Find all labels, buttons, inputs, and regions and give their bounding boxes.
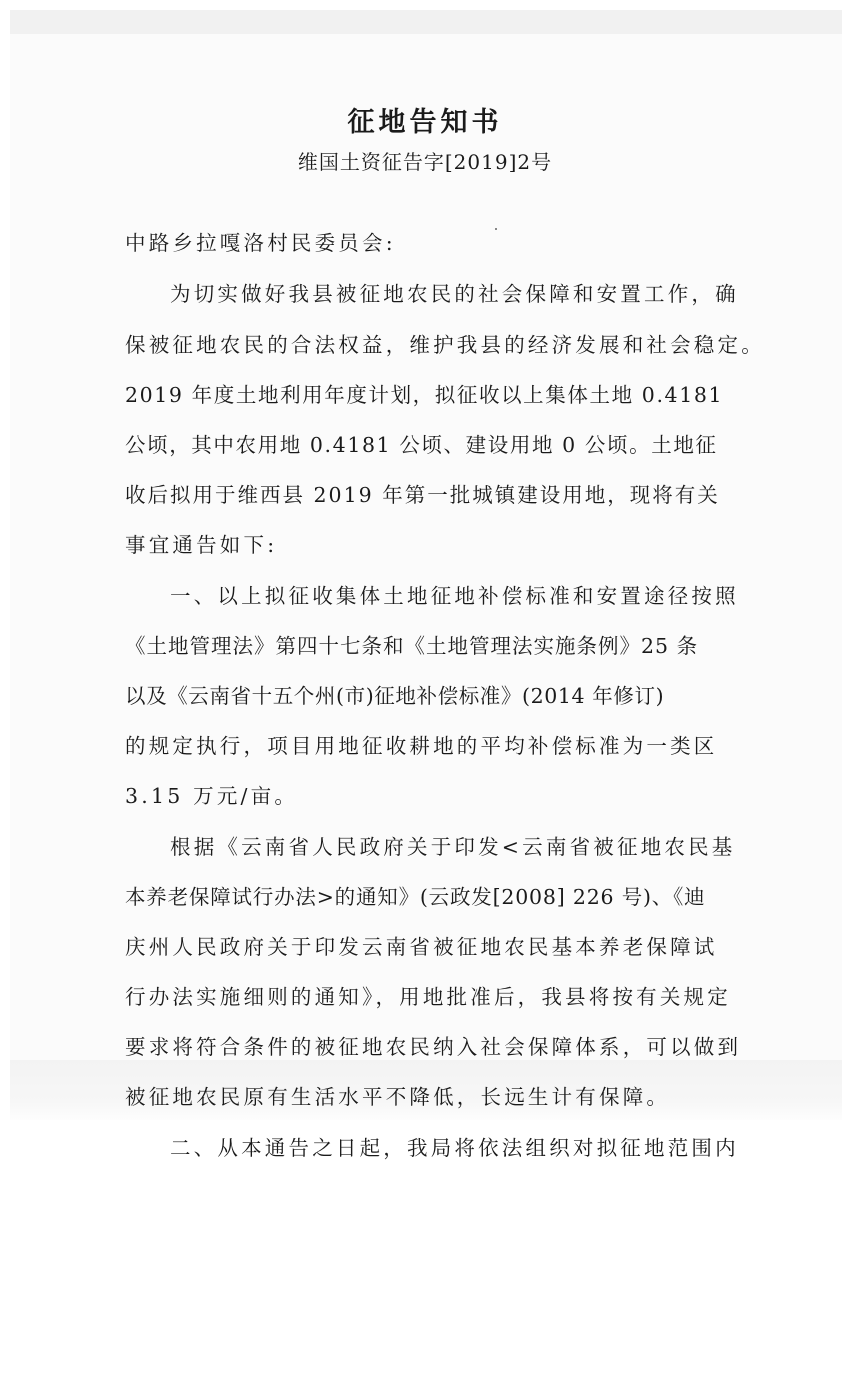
paragraph-line: 本养老保障试行办法>的通知》(云政发[2008] 226 号)、《迪 xyxy=(125,880,705,910)
document-title: 征地告知书 xyxy=(0,100,850,139)
scan-edge-top xyxy=(10,10,842,34)
paragraph-line: 要求将符合条件的被征地农民纳入社会保障体系，可以做到 xyxy=(125,1030,741,1060)
paragraph-line: 收后拟用于维西县 2019 年第一批城镇建设用地，现将有关 xyxy=(125,478,720,508)
paragraph-line: 二、从本通告之日起，我局将依法组织对拟征地范围内 xyxy=(170,1131,739,1161)
scan-speck xyxy=(495,228,497,230)
paragraph-line: 以及《云南省十五个州(市)征地补偿标准》(2014 年修订) xyxy=(125,679,664,709)
paragraph-line: 为切实做好我县被征地农民的社会保障和安置工作，确 xyxy=(170,277,739,307)
paragraph-line: 被征地农民原有生活水平不降低，长远生计有保障。 xyxy=(125,1080,670,1110)
paragraph-line: 事宜通告如下: xyxy=(125,528,277,558)
paragraph-line: 《土地管理法》第四十七条和《土地管理法实施条例》25 条 xyxy=(125,629,698,659)
paragraph-line: 庆州人民政府关于印发云南省被征地农民基本养老保障试 xyxy=(125,930,718,960)
paragraph-line: 一、以上拟征收集体土地征地补偿标准和安置途径按照 xyxy=(170,579,739,609)
paragraph-line: 公顷，其中农用地 0.4181 公顷、建设用地 0 公顷。土地征 xyxy=(125,428,718,458)
paragraph-line: 的规定执行，项目用地征收耕地的平均补偿标准为一类区 xyxy=(125,729,718,759)
document-number: 维国土资征告字[2019]2号 xyxy=(0,146,850,175)
paragraph-line: 2019 年度土地利用年度计划，拟征收以上集体土地 0.4181 xyxy=(125,378,723,408)
paragraph-line: 行办法实施细则的通知》，用地批准后，我县将按有关规定 xyxy=(125,980,731,1010)
paragraph-line: 保被征地农民的合法权益，维护我县的经济发展和社会稳定。 xyxy=(125,328,765,358)
addressee: 中路乡拉嘎洛村民委员会: xyxy=(125,226,396,256)
paragraph-line: 根据《云南省人民政府关于印发<云南省被征地农民基 xyxy=(170,830,735,860)
paragraph-line: 3.15 万元/亩。 xyxy=(125,779,298,809)
